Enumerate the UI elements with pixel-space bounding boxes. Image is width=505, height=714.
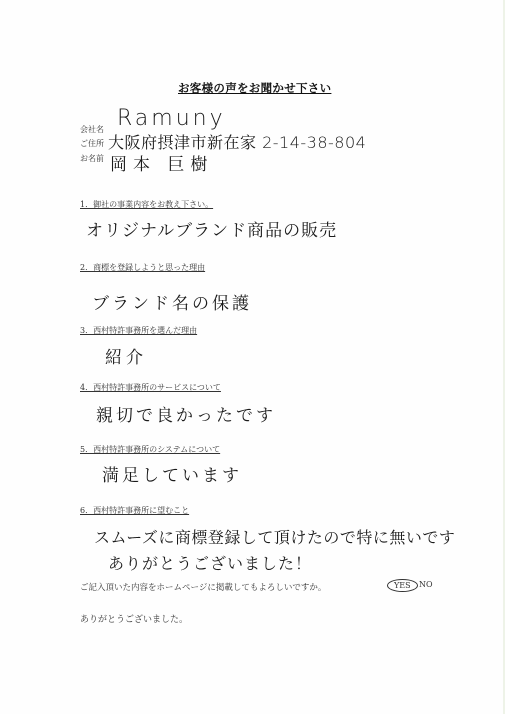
question-2-label: 2．商標を登録しようと思った理由 <box>80 262 205 273</box>
question-6-label: 6．西村特許事務所に望むこと <box>80 505 189 516</box>
question-6-answer: スムーズに商標登録して頂けたので特に無いです <box>94 525 455 548</box>
question-4-answer: 親切で良かったです <box>96 401 276 426</box>
question-1-label: 1．御社の事業内容をお教え下さい。 <box>80 199 213 210</box>
address-label: ご住所 <box>80 138 104 149</box>
consent-yes-option[interactable]: YES <box>387 579 418 592</box>
name-value: 岡本 巨樹 <box>110 150 213 175</box>
question-2-answer: ブランド名の保護 <box>92 289 252 314</box>
company-value: Ramuny <box>117 106 226 131</box>
question-3-answer: 紹介 <box>105 343 147 368</box>
consent-no-option[interactable]: NO <box>419 580 433 589</box>
company-label: 会社名 <box>80 124 104 135</box>
closing-message: ありがとうございました。 <box>80 612 188 625</box>
question-4-label: 4．西村特許事務所のサービスについて <box>80 382 221 393</box>
question-3-label: 3．西村特許事務所を選んだ理由 <box>80 325 197 336</box>
consent-question: ご記入頂いた内容をホームページに掲載してもよろしいですか。 <box>80 581 326 593</box>
question-5-label: 5．西村特許事務所のシステムについて <box>80 444 220 455</box>
question-6-answer-line2: ありがとうございました！ <box>108 551 312 574</box>
question-5-answer: 満足しています <box>102 461 242 486</box>
name-label: お名前 <box>80 153 104 164</box>
page-title: お客様の声をお聞かせ下さい <box>178 80 331 96</box>
question-1-answer: オリジナルブランド商品の販売 <box>86 216 337 241</box>
